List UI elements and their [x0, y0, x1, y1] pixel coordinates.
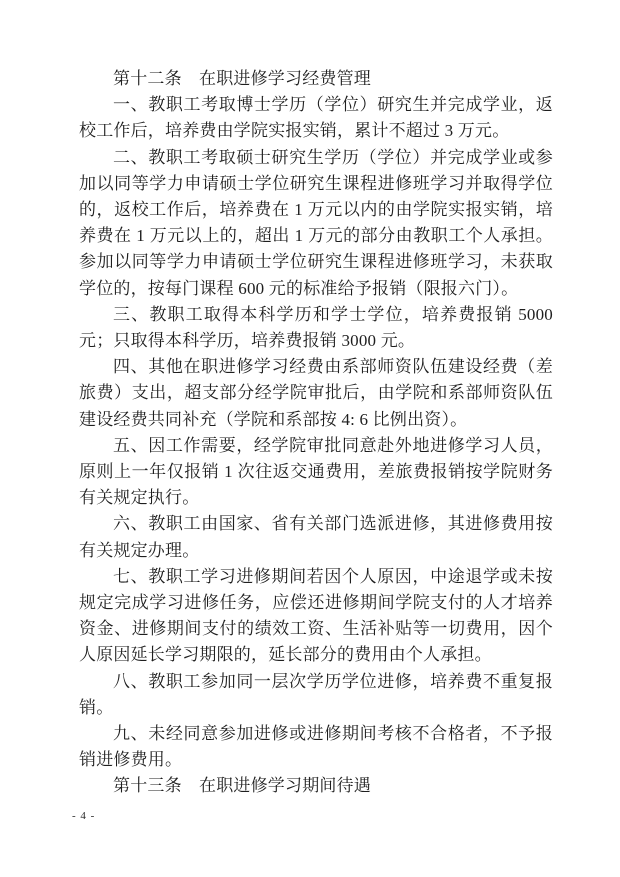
body-paragraph: 一、教职工考取博士学历（学位）研究生并完成学业，返校工作后，培养费由学院实报实销… — [79, 92, 553, 144]
document-body: 第十二条 在职进修学习经费管理一、教职工考取博士学历（学位）研究生并完成学业，返… — [79, 66, 553, 800]
document-page: 第十二条 在职进修学习经费管理一、教职工考取博士学历（学位）研究生并完成学业，返… — [0, 0, 620, 877]
body-paragraph: 八、教职工参加同一层次学历学位进修，培养费不重复报销。 — [79, 669, 553, 721]
body-paragraph: 四、其他在职进修学习经费由系部师资队伍建设经费（差旅费）支出，超支部分经学院审批… — [79, 354, 553, 433]
body-paragraph: 三、教职工取得本科学历和学士学位，培养费报销 5000 元；只取得本科学历，培养… — [79, 302, 553, 354]
body-paragraph: 七、教职工学习进修期间若因个人原因，中途退学或未按规定完成学习进修任务，应偿还进… — [79, 564, 553, 669]
body-paragraph: 二、教职工考取硕士研究生学历（学位）并完成学业或参加以同等学力申请硕士学位研究生… — [79, 145, 553, 302]
body-paragraph: 九、未经同意参加进修或进修期间考核不合格者，不予报销进修费用。 — [79, 721, 553, 773]
page-number: - 4 - — [72, 810, 95, 822]
body-paragraph: 五、因工作需要，经学院审批同意赴外地进修学习人员，原则上一年仅报销 1 次往返交… — [79, 433, 553, 512]
section-heading: 第十二条 在职进修学习经费管理 — [79, 66, 553, 92]
section-heading: 第十三条 在职进修学习期间待遇 — [79, 773, 553, 799]
body-paragraph: 六、教职工由国家、省有关部门选派进修，其进修费用按有关规定办理。 — [79, 511, 553, 563]
